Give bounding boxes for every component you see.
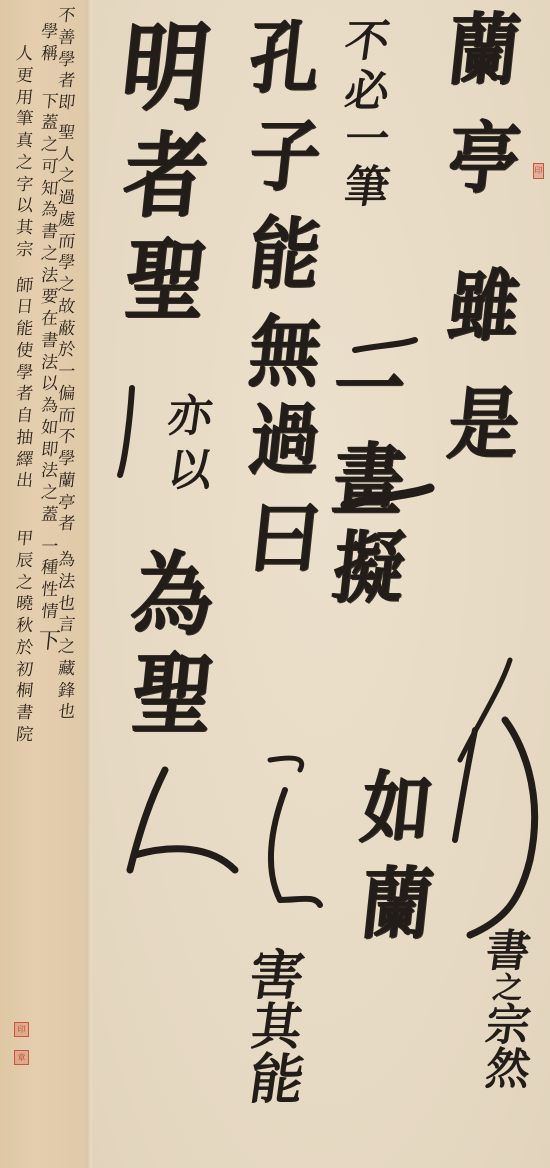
- main-char: 亦: [165, 395, 215, 439]
- main-char: 害: [246, 948, 308, 1002]
- seal-text: 章: [18, 1054, 26, 1062]
- inscription-char: 能: [15, 319, 34, 341]
- inscription-char: 字: [15, 175, 34, 197]
- seal-text: 印: [535, 167, 543, 175]
- signature-seal-1: 印: [14, 1022, 29, 1037]
- main-char: 聖: [128, 650, 218, 740]
- main-char: 能: [246, 1052, 308, 1106]
- main-char: 者: [120, 130, 212, 222]
- inscription-char: 抽: [15, 428, 34, 450]
- main-char: 然: [483, 1048, 533, 1092]
- main-char: 曰: [246, 500, 324, 578]
- inscription-char: 為: [39, 200, 58, 222]
- inscription-char: 筆: [15, 109, 34, 131]
- inscription-char: 稱: [39, 44, 58, 66]
- inscription-char: 法: [39, 353, 58, 375]
- inscription-char: 真: [15, 131, 34, 153]
- inscription-char: 於: [15, 638, 34, 660]
- main-column-4-lower: 為 聖: [128, 550, 218, 740]
- inscription-char: 學: [15, 363, 34, 385]
- inscription-char: 為: [39, 396, 58, 418]
- inscription-char: 要: [39, 287, 58, 309]
- main-column-1-tail: 書 之 宗 然: [486, 930, 530, 1092]
- main-column-3-tail: 害 其 能: [250, 948, 304, 1106]
- inscription-char: 秋: [15, 616, 34, 638]
- inscription-char: 蓋: [39, 113, 58, 135]
- main-char: 不: [342, 20, 392, 64]
- inscription-char: 藏: [57, 659, 76, 681]
- inscription-char: 知: [39, 179, 58, 201]
- main-char: 能: [246, 216, 324, 294]
- inscription-char: 書: [15, 703, 34, 725]
- main-char: 明: [118, 20, 214, 116]
- inscription-char: 法: [39, 461, 58, 483]
- main-char: 為: [128, 550, 218, 640]
- inscription-char: 院: [15, 725, 34, 747]
- inscription-char: 之: [39, 244, 58, 266]
- main-char: 無: [246, 314, 324, 392]
- main-char: 蘭: [358, 866, 436, 944]
- main-char: 如: [358, 770, 436, 848]
- inscription-char: 法: [39, 266, 58, 288]
- inscription-char: 學: [39, 22, 58, 44]
- main-char: 一: [342, 118, 392, 162]
- inscription-char: 之: [15, 153, 34, 175]
- inscription-char: 其: [15, 218, 34, 240]
- main-char: 亭: [445, 120, 523, 198]
- main-column-4: 明 者 聖: [118, 20, 214, 326]
- inscription-char: 出: [15, 471, 34, 493]
- main-column-2: 不 必 一 筆: [345, 20, 389, 210]
- inscription-char: 也: [57, 702, 76, 724]
- main-column-2-lower: 一 畫 擬: [330, 350, 408, 608]
- main-char: 以: [165, 449, 215, 493]
- main-char: 子: [246, 118, 324, 196]
- inscription-char: 自: [15, 406, 34, 428]
- inscription-char: 日: [15, 297, 34, 319]
- main-char: 擬: [330, 530, 408, 608]
- inscription-char: 之: [39, 135, 58, 157]
- inscription-char: 繹: [15, 450, 34, 472]
- inscription-char: 即: [39, 440, 58, 462]
- inscription-char: 下: [39, 92, 58, 114]
- signature-seal-2: 章: [14, 1050, 29, 1065]
- inscription-char: 鋒: [57, 681, 76, 703]
- inscription-char: 如: [39, 418, 58, 440]
- inscription-column-1: 不 善 學 者 即 聖 人 之 過 處 而 學 之 故 蔽 於 一 偏 而 不 …: [58, 6, 75, 724]
- main-char: 是: [445, 386, 523, 464]
- inscription-char: 書: [39, 222, 58, 244]
- main-char: 必: [342, 70, 392, 114]
- calligraphy-scroll: 不 善 學 者 即 聖 人 之 過 處 而 學 之 故 蔽 於 一 偏 而 不 …: [0, 0, 550, 1168]
- main-char: 過: [246, 402, 324, 480]
- inscription-char: 辰: [15, 551, 34, 573]
- main-char: 筆: [342, 166, 392, 210]
- inscription-char: 蓋: [39, 505, 58, 527]
- inscription-char: 宗: [15, 240, 34, 262]
- main-column-3: 孔 子 能 無 過 曰: [246, 20, 324, 578]
- inscription-char: 之: [39, 483, 58, 505]
- inscription-char: 可: [39, 157, 58, 179]
- main-column-2-tail: 如 蘭: [358, 770, 436, 944]
- inscription-char: 一: [39, 537, 58, 559]
- seal-text: 印: [18, 1026, 26, 1034]
- inscription-char: 使: [15, 341, 34, 363]
- main-char: 其: [248, 1002, 305, 1052]
- main-column-4-mid: 亦 以: [168, 395, 212, 493]
- inscription-column-3: 人 更 用 筆 真 之 字 以 其 宗 師 日 能 使 學 者 自 抽 繹 出 …: [16, 44, 33, 747]
- inscription-char: 甲: [15, 529, 34, 551]
- inscription-char: 書: [39, 331, 58, 353]
- inscription-char: 性: [39, 580, 58, 602]
- inscription-char: 更: [15, 66, 34, 88]
- inscription-char: 桐: [15, 681, 34, 703]
- main-char: 書: [483, 930, 533, 974]
- main-column-1: 蘭 亭 雖 是: [445, 12, 523, 464]
- inscription-char: 種: [39, 558, 58, 580]
- main-char: 聖: [121, 236, 211, 326]
- main-char: 一: [330, 350, 408, 428]
- edge-seal: 印: [533, 163, 544, 179]
- inscription-char: 在: [39, 309, 58, 331]
- inscription-char: 人: [15, 44, 34, 66]
- inscription-char: 以: [39, 374, 58, 396]
- inscription-char: 師: [15, 276, 34, 298]
- inscription-column-2: 學 稱 下 蓋 之 可 知 為 書 之 法 要 在 書 法 以 為 如 即 法 …: [38, 22, 60, 656]
- inscription-char: 之: [15, 573, 34, 595]
- main-char: 宗: [483, 1004, 533, 1048]
- main-char: 蘭: [445, 12, 523, 90]
- inscription-char: 初: [15, 660, 34, 682]
- main-char: 孔: [246, 20, 324, 98]
- inscription-char: 情: [39, 602, 58, 624]
- inscription-char: 用: [15, 88, 34, 110]
- main-char: 畫: [330, 442, 408, 520]
- inscription-char: 曉: [15, 594, 34, 616]
- inscription-char: 者: [15, 384, 34, 406]
- inscription-char: 下: [37, 628, 62, 656]
- inscription-char: 以: [15, 196, 34, 218]
- main-char: 雖: [445, 268, 523, 346]
